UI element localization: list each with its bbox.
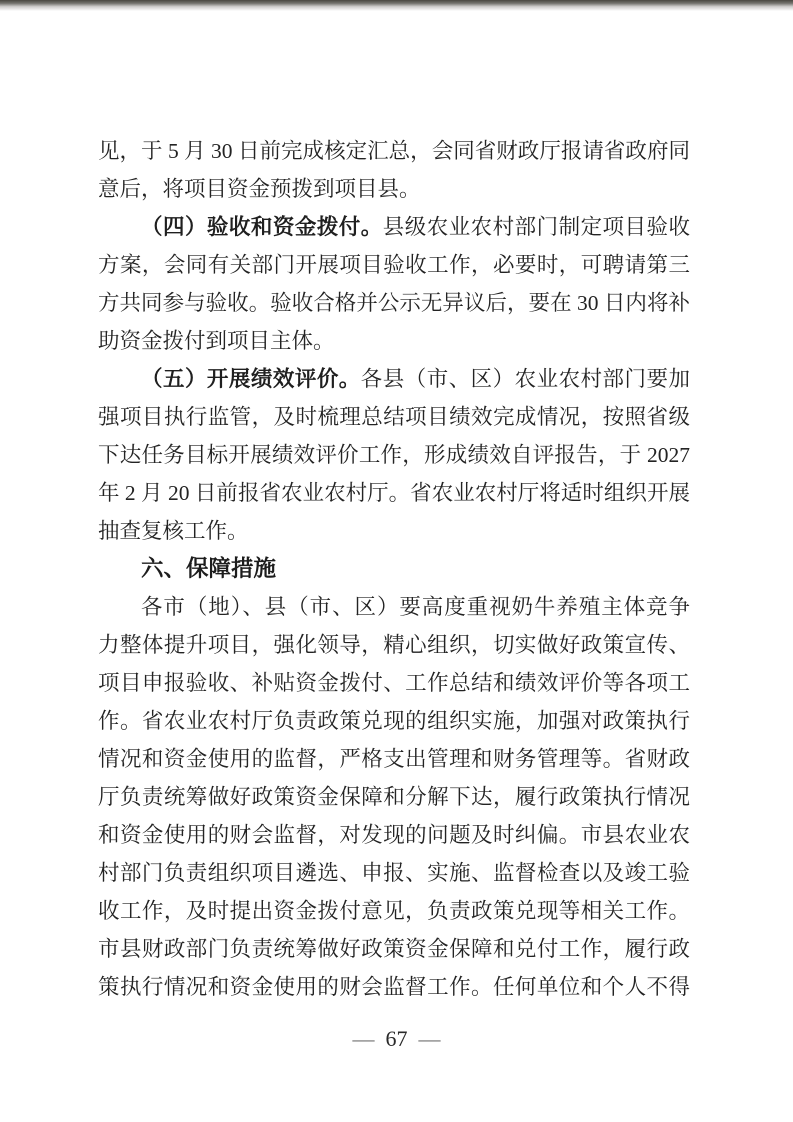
text-line: 厅负责统筹做好政策资金保障和分解下达，履行政策执行情况: [98, 778, 690, 816]
line-text: 作。省农业农村厅负责政策兑现的组织实施，加强对政策执行: [98, 709, 690, 733]
text-line: 各市（地）、县（市、区）要高度重视奶牛养殖主体竞争: [98, 588, 690, 626]
line-text: 收工作，及时提出资金拨付意见，负责政策兑现等相关工作。: [98, 899, 690, 923]
footer-dash-left: —: [353, 1026, 375, 1051]
line-text: 村部门负责组织项目遴选、申报、实施、监督检查以及竣工验: [98, 861, 690, 885]
line-text: 见，于 5 月 30 日前完成核定汇总，会同省财政厅报请省政府同: [98, 139, 690, 163]
text-line: 方案，会同有关部门开展项目验收工作，必要时，可聘请第三: [98, 246, 690, 284]
paragraph-lead: （五）开展绩效评价。: [141, 367, 361, 391]
text-line: 收工作，及时提出资金拨付意见，负责政策兑现等相关工作。: [98, 892, 690, 930]
line-text: 各市（地）、县（市、区）要高度重视奶牛养殖主体竞争: [141, 595, 690, 619]
line-text: 县级农业农村部门制定项目验收: [383, 215, 690, 239]
footer-page-number: 67: [386, 1026, 408, 1051]
text-line: 作。省农业农村厅负责政策兑现的组织实施，加强对政策执行: [98, 702, 690, 740]
line-text: 和资金使用的财会监督，对发现的问题及时纠偏。市县农业农: [98, 823, 690, 847]
line-text: 抽查复核工作。: [98, 519, 249, 543]
text-line: 年 2 月 20 日前报省农业农村厅。省农业农村厅将适时组织开展: [98, 474, 690, 512]
line-text: 意后，将项目资金预拨到项目县。: [98, 177, 421, 201]
text-line: （五）开展绩效评价。各县（市、区）农业农村部门要加: [98, 360, 690, 398]
text-line: 市县财政部门负责统筹做好政策资金保障和兑付工作，履行政: [98, 930, 690, 968]
footer-dash-right: —: [419, 1026, 441, 1051]
line-text: 项目申报验收、补贴资金拨付、工作总结和绩效评价等各项工: [98, 671, 690, 695]
text-line: （四）验收和资金拨付。县级农业农村部门制定项目验收: [98, 208, 690, 246]
scan-artifact-top-edge: [0, 0, 793, 11]
paragraph-lead: （四）验收和资金拨付。: [141, 215, 383, 239]
line-text: 下达任务目标开展绩效评价工作，形成绩效自评报告，于 2027: [98, 443, 690, 467]
text-line: 助资金拨付到项目主体。: [98, 322, 690, 360]
document-page: 见，于 5 月 30 日前完成核定汇总，会同省财政厅报请省政府同意后，将项目资金…: [0, 0, 793, 1122]
line-text: 力整体提升项目，强化领导，精心组织，切实做好政策宣传、: [98, 633, 690, 657]
page-footer: —67—: [0, 1024, 793, 1054]
line-text: 强项目执行监管，及时梳理总结项目绩效完成情况，按照省级: [98, 405, 690, 429]
line-text: 各县（市、区）农业农村部门要加: [361, 367, 690, 391]
text-line: 意后，将项目资金预拨到项目县。: [98, 170, 690, 208]
text-line: 下达任务目标开展绩效评价工作，形成绩效自评报告，于 2027: [98, 436, 690, 474]
text-line: 策执行情况和资金使用的财会监督工作。任何单位和个人不得: [98, 968, 690, 1006]
text-line: 情况和资金使用的监督，严格支出管理和财务管理等。省财政: [98, 740, 690, 778]
text-line: 方共同参与验收。验收合格并公示无异议后，要在 30 日内将补: [98, 284, 690, 322]
line-text: 策执行情况和资金使用的财会监督工作。任何单位和个人不得: [98, 975, 690, 999]
line-text: 厅负责统筹做好政策资金保障和分解下达，履行政策执行情况: [98, 785, 690, 809]
text-line: 见，于 5 月 30 日前完成核定汇总，会同省财政厅报请省政府同: [98, 132, 690, 170]
line-text: 助资金拨付到项目主体。: [98, 329, 335, 353]
line-text: 方案，会同有关部门开展项目验收工作，必要时，可聘请第三: [98, 253, 690, 277]
text-line: 项目申报验收、补贴资金拨付、工作总结和绩效评价等各项工: [98, 664, 690, 702]
section-heading: 六、保障措施: [98, 550, 690, 588]
text-line: 强项目执行监管，及时梳理总结项目绩效完成情况，按照省级: [98, 398, 690, 436]
text-line: 抽查复核工作。: [98, 512, 690, 550]
line-text: 情况和资金使用的监督，严格支出管理和财务管理等。省财政: [98, 747, 690, 771]
text-line: 村部门负责组织项目遴选、申报、实施、监督检查以及竣工验: [98, 854, 690, 892]
text-line: 力整体提升项目，强化领导，精心组织，切实做好政策宣传、: [98, 626, 690, 664]
section-heading-text: 六、保障措施: [141, 556, 276, 581]
line-text: 方共同参与验收。验收合格并公示无异议后，要在 30 日内将补: [98, 291, 690, 315]
document-body: 见，于 5 月 30 日前完成核定汇总，会同省财政厅报请省政府同意后，将项目资金…: [98, 132, 690, 1006]
line-text: 市县财政部门负责统筹做好政策资金保障和兑付工作，履行政: [98, 937, 690, 961]
text-line: 和资金使用的财会监督，对发现的问题及时纠偏。市县农业农: [98, 816, 690, 854]
line-text: 年 2 月 20 日前报省农业农村厅。省农业农村厅将适时组织开展: [98, 481, 690, 505]
